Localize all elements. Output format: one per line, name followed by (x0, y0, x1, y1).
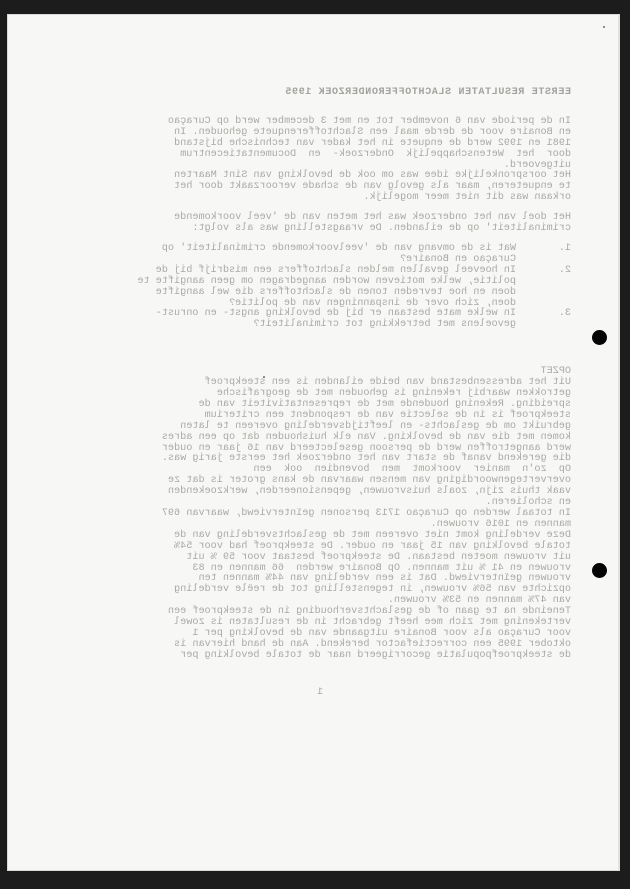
page-edge-shadow (618, 14, 620, 871)
mirrored-text-body: EERSTE RESULTATEN SLACHTOFFERONDERZOEK 1… (79, 88, 571, 699)
list-number: 1. (516, 244, 571, 266)
page-number: 1 (79, 688, 571, 699)
text-line: doen en hoe tevreden tonen de slachtoffe… (137, 288, 516, 299)
list-number: 2. (516, 266, 571, 310)
text-line: 1981 en 1992 werd de enquete in het kade… (79, 139, 571, 150)
goal-paragraph: Het doel van het onderzoek was het meten… (79, 213, 571, 235)
scan-speck (603, 26, 605, 28)
intro-paragraph: In de periode van 6 november tot en met … (79, 117, 571, 204)
running-header: EERSTE RESULTATEN SLACHTOFFERONDERZOEK 1… (79, 88, 571, 99)
list-item: 3.In welke mate bestaan er bij de bevolk… (79, 309, 571, 331)
method-paragraph: Uit het adressenbestand van beide eiland… (79, 378, 571, 662)
text-line: de steekproefpopulatie gecorrigeerd naar… (79, 651, 571, 662)
list-item-text: In hoeveel gevallen melden slachtoffers … (137, 266, 516, 310)
text-line: totale bevolking van 15 jaar en ouder. D… (79, 542, 571, 553)
text-line: politie, welke motieven worden aangedrag… (137, 277, 516, 288)
text-line: komen met die van de bevolking. Van elk … (79, 433, 571, 444)
text-line: orkaan was dit niet meer mogelijk. (79, 193, 571, 204)
list-item: 1.Wat is de omvang van de 'veelvoorkomen… (79, 244, 571, 266)
list-item-text: In welke mate bestaan er bij de bevolkin… (156, 309, 516, 331)
text-line: criminaliteit' op de eilanden. De vraags… (79, 224, 571, 235)
scanned-page: EERSTE RESULTATEN SLACHTOFFERONDERZOEK 1… (7, 14, 620, 871)
list-item-text: Wat is de omvang van de 'veelvoorkomende… (162, 244, 516, 266)
research-questions-list: 1.Wat is de omvang van de 'veelvoorkomen… (79, 244, 571, 331)
list-number: 3. (516, 309, 571, 331)
punch-hole-icon (592, 563, 607, 578)
text-line: gevoelens met betrekking tot criminalite… (156, 320, 516, 331)
text-line: door het Wetenschappelijk Onderzoek- en … (79, 150, 571, 161)
list-item: 2.In hoeveel gevallen melden slachtoffer… (79, 266, 571, 310)
punch-hole-icon (592, 330, 607, 345)
text-line: uit vrouwen moeten bestaan. De steekproe… (79, 553, 571, 564)
